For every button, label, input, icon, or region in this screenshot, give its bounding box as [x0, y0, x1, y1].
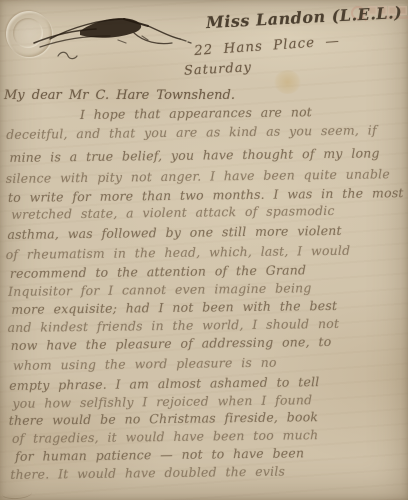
- letter-line: to write for more than two months. I was…: [8, 185, 404, 205]
- letter-sheet: Miss Landon (L.E.L.) 22 Hans Place — Sat…: [0, 0, 408, 500]
- letter-line: asthma, was followed by one still more v…: [7, 223, 342, 242]
- letter-line: there would be no Christmas fireside, bo…: [9, 409, 319, 428]
- letter-line: silence with pity not anger. I have been…: [6, 166, 390, 186]
- letter-line: now have the pleasure of addressing one,…: [11, 334, 332, 353]
- letter-line: Inquisitor for I cannot even imagine bei…: [8, 280, 312, 299]
- letter-line: empty phrase. I am almost ashamed to tel…: [9, 374, 319, 393]
- letter-line: deceitful, and that you are as kind as y…: [6, 122, 377, 142]
- letter-line: of rheumatism in the head, which, last, …: [6, 243, 351, 262]
- letter-line: I hope that appearances are not: [80, 104, 312, 122]
- letter-line: mine is a true belief, you have thought …: [9, 145, 379, 165]
- letter-line: more exquisite; had I not been with the …: [11, 298, 337, 317]
- letter-line: of tragedies, it would have been too muc…: [12, 427, 319, 446]
- letter-line: for human patience — not to have been: [15, 445, 304, 464]
- letter-line: and kindest friends in the world, I shou…: [7, 316, 339, 335]
- letter-line: whom using the word pleasure is no: [13, 355, 277, 373]
- letter-line: there. It would have doubled the evils: [10, 464, 285, 482]
- letter-body: I hope that appearances are not deceitfu…: [0, 0, 408, 500]
- letter-line: recommend to the attention of the Grand: [10, 262, 307, 281]
- letter-line: wretched state, a violent attack of spas…: [11, 203, 335, 222]
- letter-line: you how selfishly I rejoiced when I foun…: [12, 392, 312, 411]
